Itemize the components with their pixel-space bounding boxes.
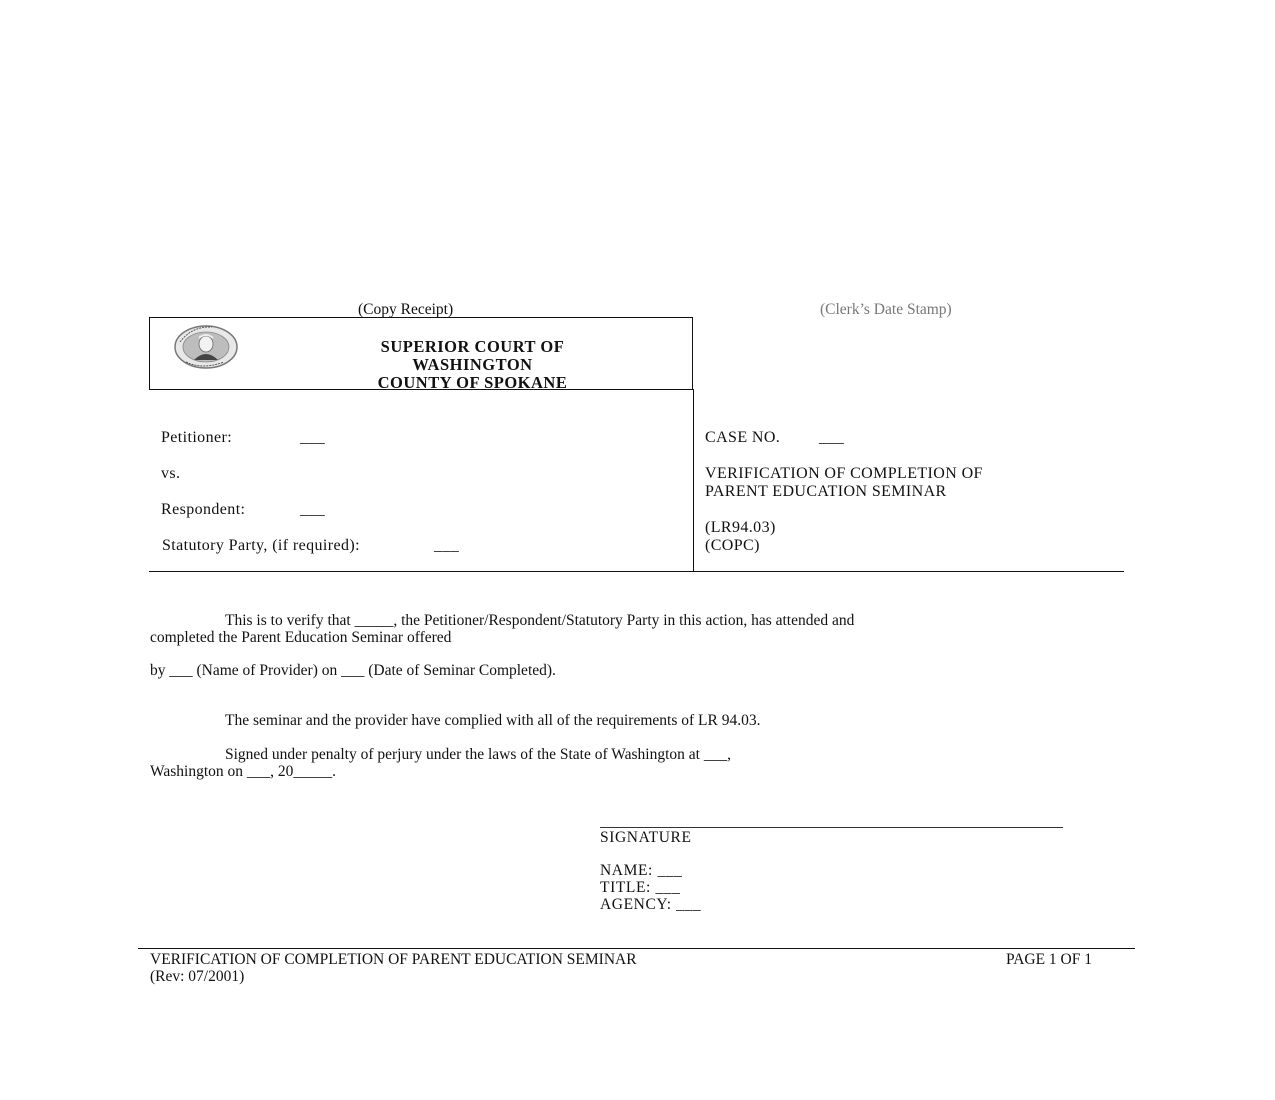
signer-title-field[interactable]: ___ (655, 879, 680, 896)
signature-label: SIGNATURE (600, 829, 692, 847)
statutory-party-label: Statutory Party, (if required): (162, 537, 360, 555)
versus-text: vs. (161, 465, 180, 483)
respondent-field[interactable]: ___ (300, 501, 325, 519)
document-title-line-2: PARENT EDUCATION SEMINAR (705, 483, 983, 501)
footer-rule (138, 948, 1135, 949)
case-number-label: CASE NO. (705, 429, 780, 447)
rule-reference: (LR94.03) (COPC) (705, 519, 776, 555)
caption-bottom-rule (149, 571, 1124, 572)
compliance-statement: The seminar and the provider have compli… (225, 712, 760, 729)
signer-agency-field[interactable]: ___ (676, 896, 701, 913)
signer-name-field[interactable]: ___ (657, 862, 682, 879)
footer-page-number: PAGE 1 OF 1 (1006, 951, 1092, 969)
verification-paragraph-line-1: This is to verify that _____, the Petiti… (225, 612, 854, 629)
local-rule-code: (LR94.03) (705, 519, 776, 537)
provider-date-line: by ___ (Name of Provider) on ___ (Date o… (150, 662, 556, 679)
signer-name-label: NAME: (600, 862, 653, 879)
caption-divider (693, 389, 694, 572)
court-name-line-1: SUPERIOR COURT OF (310, 338, 635, 356)
court-seal-icon (172, 324, 240, 370)
clerk-date-stamp-caption: (Clerk’s Date Stamp) (820, 301, 952, 319)
footer-form-title: VERIFICATION OF COMPLETION OF PARENT EDU… (150, 951, 637, 969)
verification-paragraph-line-2: completed the Parent Education Seminar o… (150, 629, 451, 646)
case-number-field[interactable]: ___ (819, 429, 844, 447)
signer-name-row: NAME: ___ (600, 862, 683, 880)
document-title: VERIFICATION OF COMPLETION OF PARENT EDU… (705, 465, 983, 501)
perjury-statement-line-1: Signed under penalty of perjury under th… (225, 746, 731, 763)
footer-revision: (Rev: 07/2001) (150, 968, 244, 986)
court-name-line-3: COUNTY OF SPOKANE (310, 374, 635, 392)
signature-line[interactable] (600, 827, 1063, 828)
petitioner-field[interactable]: ___ (300, 429, 325, 447)
court-name-line-2: WASHINGTON (310, 356, 635, 374)
court-name: SUPERIOR COURT OF WASHINGTON COUNTY OF S… (310, 338, 635, 392)
signer-title-label: TITLE: (600, 879, 651, 896)
petitioner-label: Petitioner: (161, 429, 232, 447)
signer-agency-label: AGENCY: (600, 896, 672, 913)
respondent-label: Respondent: (161, 501, 245, 519)
signer-agency-row: AGENCY: ___ (600, 896, 701, 914)
signer-title-row: TITLE: ___ (600, 879, 681, 897)
document-title-line-1: VERIFICATION OF COMPLETION OF (705, 465, 983, 483)
perjury-statement-line-2: Washington on ___, 20_____. (150, 763, 336, 780)
statutory-party-field[interactable]: ___ (434, 537, 459, 555)
form-code: (COPC) (705, 537, 776, 555)
